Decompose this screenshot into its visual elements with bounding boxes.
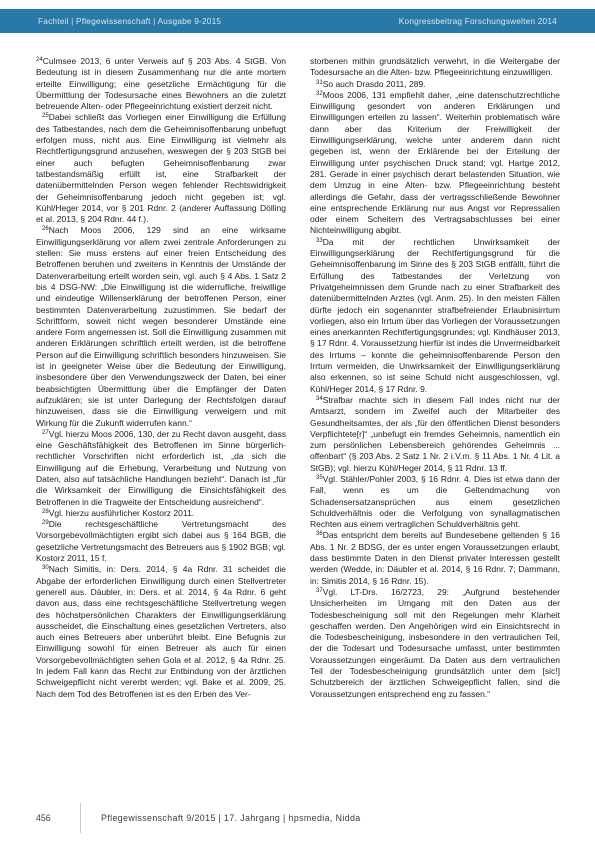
journal-page: Fachteil | Pflegewissenschaft | Ausgabe …	[0, 0, 595, 842]
footnote-number-32: 32	[316, 91, 323, 97]
footnote-number-30: 30	[42, 565, 49, 571]
footnote-number-37: 37	[316, 588, 323, 594]
footnote-continuation: storbenen mithin grundsätzlich verwehrt,…	[310, 56, 560, 79]
header-right-text: Kongressbeitrag Forschungswelten 2014	[399, 16, 557, 26]
footnote-36: 36Das entspricht dem bereits auf Bundese…	[310, 530, 560, 586]
header-left-text: Fachteil | Pflegewissenschaft | Ausgabe …	[38, 16, 221, 26]
footnote-34: 34Strafbar machte sich in diesem Fall in…	[310, 395, 560, 474]
footnotes-section: 24Culmsee 2013, 6 unter Verweis auf § 20…	[36, 56, 560, 700]
journal-info: Pflegewissenschaft 9/2015 | 17. Jahrgang…	[101, 813, 361, 823]
right-column: storbenen mithin grundsätzlich verwehrt,…	[310, 56, 560, 700]
left-column: 24Culmsee 2013, 6 unter Verweis auf § 20…	[36, 56, 286, 700]
page-footer: 456 Pflegewissenschaft 9/2015 | 17. Jahr…	[36, 802, 559, 834]
footnote-29: 29Die rechtsgeschäftliche Vertretungsmac…	[36, 519, 286, 564]
footnote-number-33: 33	[316, 238, 323, 244]
footnote-number-34: 34	[316, 396, 323, 402]
footer-divider	[80, 803, 81, 833]
footnote-number-36: 36	[316, 531, 323, 537]
footnote-35: 35Vgl. Stähler/Pohler 2003, § 16 Rdnr. 4…	[310, 474, 560, 530]
footnote-30: 30Nach Simitis, in: Ders. 2014, § 4a Rdn…	[36, 564, 286, 700]
footnote-37: 37Vgl. LT-Drs. 16/2723, 29: „Aufgrund be…	[310, 587, 560, 700]
footnote-number-35: 35	[316, 475, 323, 481]
footnote-number-24: 24	[36, 57, 43, 63]
footnote-number-25: 25	[42, 113, 49, 119]
footnote-28: 28Vgl. hierzu ausführlicher Kostorz 2011…	[36, 508, 286, 519]
footnote-24: 24Culmsee 2013, 6 unter Verweis auf § 20…	[36, 56, 286, 112]
footnote-number-26: 26	[42, 226, 49, 232]
footnote-25: 25Dabei schließt das Vorliegen einer Ein…	[36, 112, 286, 225]
page-number: 456	[36, 813, 80, 823]
footnote-number-29: 29	[42, 520, 49, 526]
page-header-bar: Fachteil | Pflegewissenschaft | Ausgabe …	[0, 9, 595, 33]
footnote-number-27: 27	[42, 430, 49, 436]
footnote-33: 33Da mit der rechtlichen Unwirksamkeit d…	[310, 237, 560, 395]
footnote-number-28: 28	[42, 509, 49, 515]
footnote-26: 26Nach Moos 2006, 129 sind an eine wirks…	[36, 225, 286, 428]
footnote-32: 32Moos 2006, 131 empfiehlt daher, „eine …	[310, 90, 560, 237]
footnote-31: 31So auch Drasdo 2011, 289.	[310, 79, 560, 90]
footnote-27: 27Vgl. hierzu Moos 2006, 130, der zu Rec…	[36, 429, 286, 508]
footnote-number-31: 31	[316, 80, 323, 86]
